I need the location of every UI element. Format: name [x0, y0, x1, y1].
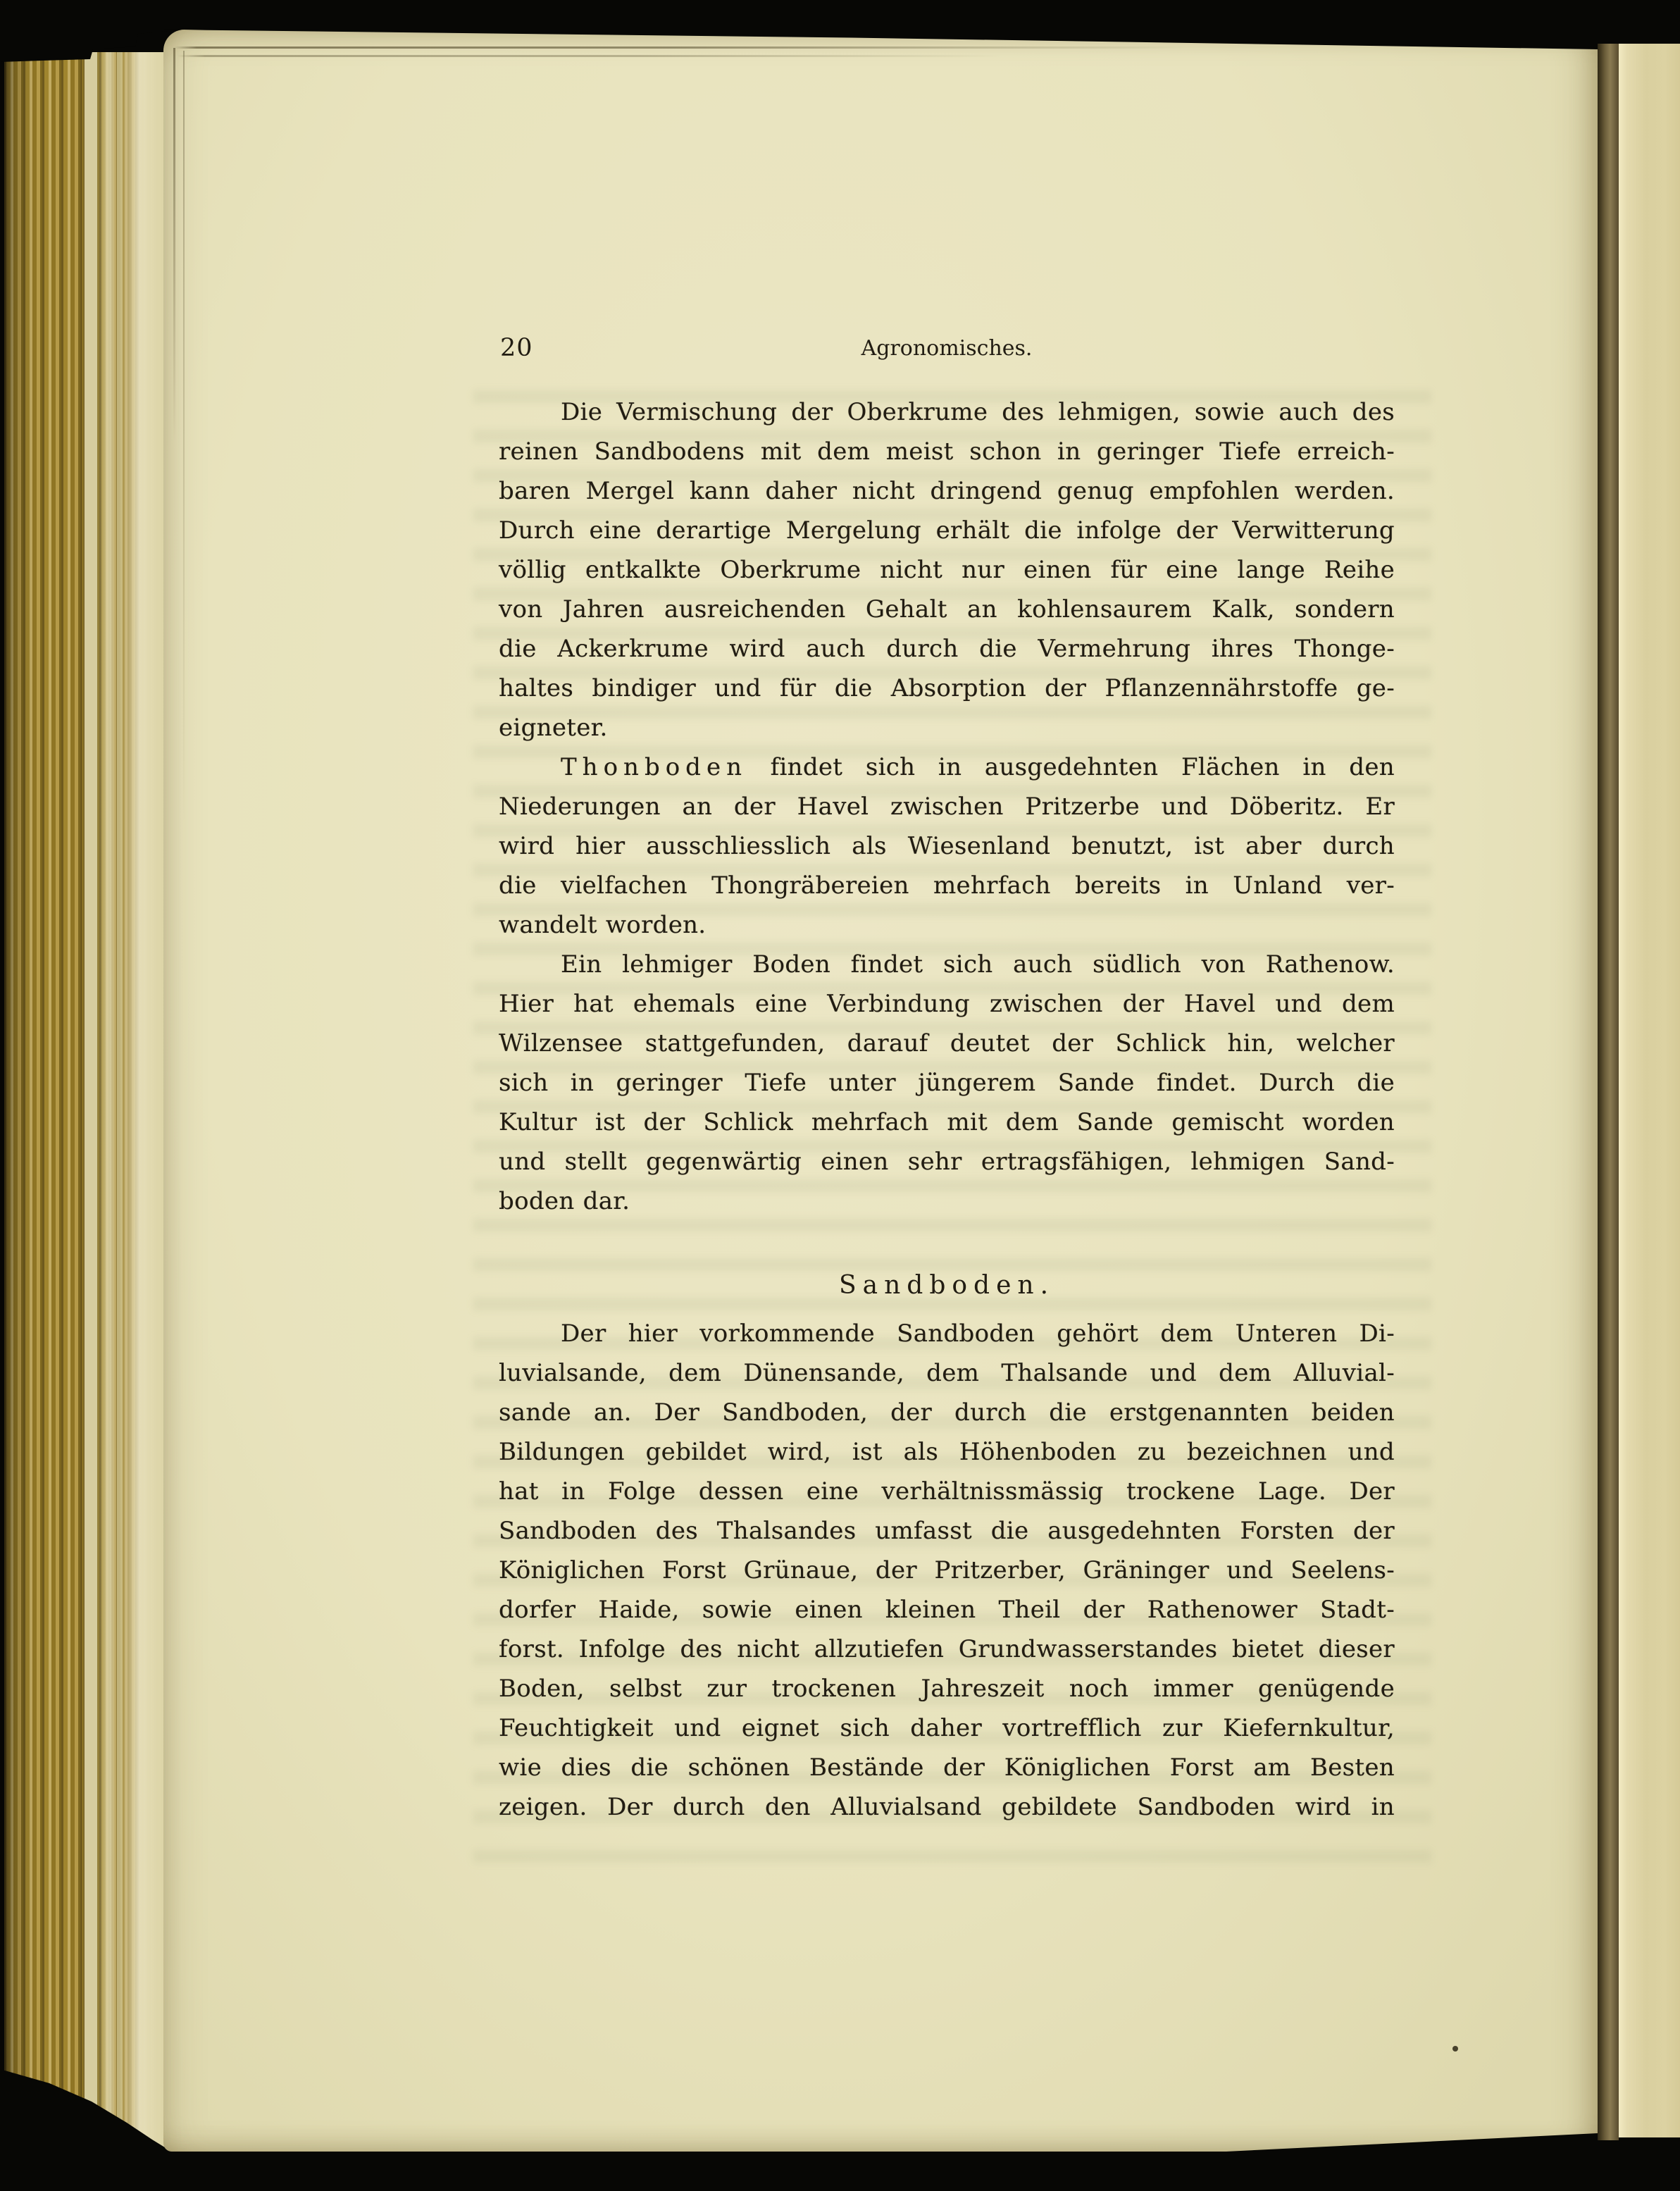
page-edge-line	[183, 51, 185, 826]
text-line: Ein lehmiger Boden findet sich auch südl…	[499, 945, 1395, 984]
text-line: und stellt gegenwärtig einen sehr ertrag…	[499, 1142, 1395, 1181]
section-heading: Sandboden.	[499, 1266, 1395, 1305]
paragraph-block-2: Der hier vorkommende Sandboden gehört de…	[499, 1314, 1395, 1827]
book-page: 20 Agronomisches. Die Vermischung der Ob…	[163, 30, 1598, 2152]
paragraph-block-1: Die Vermischung der Oberkrume des lehmig…	[499, 392, 1395, 1221]
text-line: haltes bindiger und für die Absorption d…	[499, 669, 1395, 708]
text-line: die vielfachen Thongräbereien mehrfach b…	[499, 866, 1395, 905]
text-line: Bildungen gebildet wird, ist als Höhenbo…	[499, 1432, 1395, 1472]
page-stack-fore-edge	[4, 52, 165, 2159]
text-line: wie dies die schönen Bestände der Königl…	[499, 1748, 1395, 1787]
text-line: Der hier vorkommende Sandboden gehört de…	[499, 1314, 1395, 1353]
book-gutter-shadow	[1598, 44, 1619, 2140]
text-line: Thonboden findet sich in ausgedehnten Fl…	[499, 747, 1395, 787]
text-line: völlig entkalkte Oberkrume nicht nur ein…	[499, 550, 1395, 590]
dust-speck	[1452, 2046, 1458, 2052]
page-header-row: 20 Agronomisches.	[499, 333, 1395, 364]
book-scan: 20 Agronomisches. Die Vermischung der Ob…	[0, 0, 1680, 2191]
text-line: Königlichen Forst Grünaue, der Pritzerbe…	[499, 1551, 1395, 1590]
text-line: Die Vermischung der Oberkrume des lehmig…	[499, 392, 1395, 432]
page-edge-line	[178, 55, 1093, 57]
text-line: Kultur ist der Schlick mehrfach mit dem …	[499, 1103, 1395, 1142]
text-line: baren Mergel kann daher nicht dringend g…	[499, 471, 1395, 511]
next-page-edge	[1619, 44, 1680, 2137]
text-line: Feuchtigkeit und eignet sich daher vortr…	[499, 1708, 1395, 1748]
text-line: eigneter.	[499, 708, 1395, 747]
running-header: Agronomisches.	[499, 336, 1395, 361]
letterspaced-term: Thonboden	[561, 753, 747, 781]
text-line: die Ackerkrume wird auch durch die Verme…	[499, 629, 1395, 669]
text-line: zeigen. Der durch den Alluvialsand gebil…	[499, 1787, 1395, 1827]
page-stack-cream-band	[83, 52, 99, 2159]
text-line: hat in Folge dessen eine verhältnissmäss…	[499, 1472, 1395, 1511]
page-edge-line	[173, 48, 175, 442]
text-line: Niederungen an der Havel zwischen Pritze…	[499, 787, 1395, 826]
text-line: luvialsande, dem Dünensande, dem Thalsan…	[499, 1353, 1395, 1393]
text-line: Hier hat ehemals eine Verbindung zwische…	[499, 984, 1395, 1024]
text-line: boden dar.	[499, 1181, 1395, 1221]
page-stack-cream-band	[117, 52, 123, 2159]
text-line: Durch eine derartige Mergelung erhält di…	[499, 511, 1395, 550]
page-edge-line	[175, 46, 1274, 49]
text-line: forst. Infolge des nicht allzutiefen Gru…	[499, 1630, 1395, 1669]
text-line: wandelt worden.	[499, 905, 1395, 945]
text-line: Wilzensee stattgefunden, darauf deutet d…	[499, 1024, 1395, 1063]
text-line: reinen Sandbodens mit dem meist schon in…	[499, 432, 1395, 471]
text-line: Sandboden des Thalsandes umfasst die aus…	[499, 1511, 1395, 1551]
text-line: sande an. Der Sandboden, der durch die e…	[499, 1393, 1395, 1432]
text-line: von Jahren ausreichenden Gehalt an kohle…	[499, 590, 1395, 629]
text-line: wird hier ausschliesslich als Wiesenland…	[499, 826, 1395, 866]
text-line: dorfer Haide, sowie einen kleinen Theil …	[499, 1590, 1395, 1630]
text-line: sich in geringer Tiefe unter jüngerem Sa…	[499, 1063, 1395, 1103]
text-line: Boden, selbst zur trockenen Jahreszeit n…	[499, 1669, 1395, 1708]
